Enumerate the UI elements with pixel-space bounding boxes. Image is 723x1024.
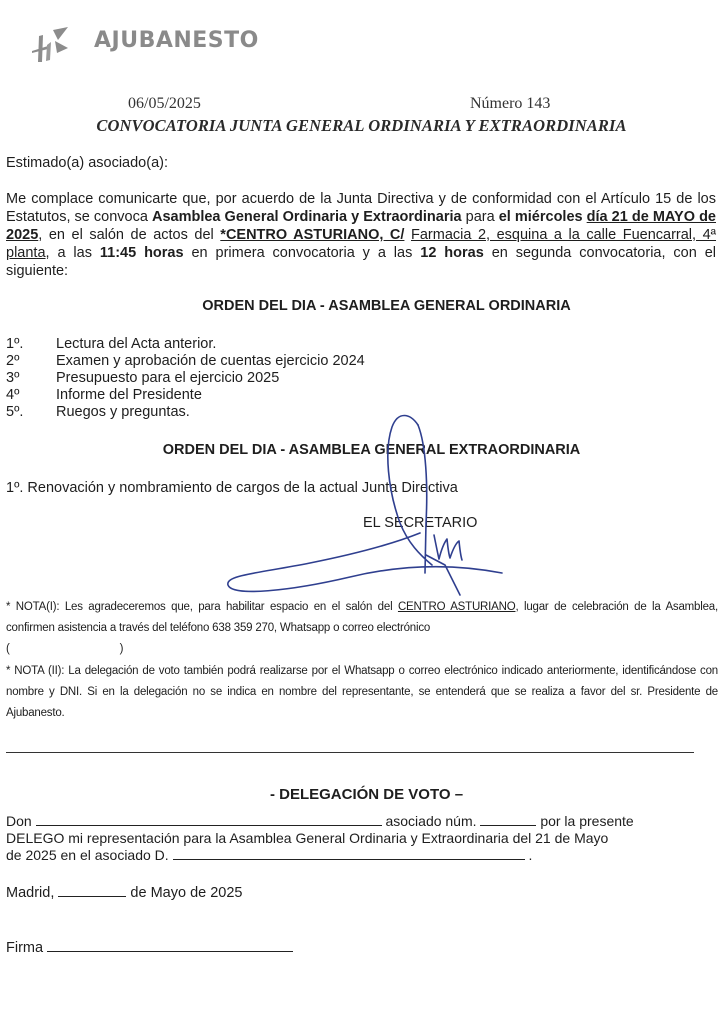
venue-name: *CENTRO ASTURIANO, C/ <box>220 227 404 243</box>
signature-line: Firma <box>6 940 293 956</box>
document-number: Número 143 <box>470 95 550 113</box>
agenda-item: 1º. Renovación y nombramiento de cargos … <box>6 480 458 496</box>
signature-field[interactable] <box>47 940 293 952</box>
delegation-title: - DELEGACIÓN DE VOTO – <box>0 786 723 803</box>
signer-title: EL SECRETARIO <box>363 515 477 531</box>
delegation-form: Don asociado núm. por la presente DELEGO… <box>6 813 696 864</box>
greeting: Estimado(a) asociado(a): <box>6 155 168 171</box>
document-date: 06/05/2025 <box>128 95 201 113</box>
document-title: CONVOCATORIA JUNTA GENERAL ORDINARIA Y E… <box>0 116 723 136</box>
first-call-time: 11:45 horas <box>100 245 184 261</box>
agenda-item: 2ºExamen y aprobación de cuentas ejercic… <box>6 353 365 370</box>
agenda-item: 3ºPresupuesto para el ejercicio 2025 <box>6 370 365 387</box>
place-date-line: Madrid, de Mayo de 2025 <box>6 885 242 901</box>
ajubanesto-logo-icon <box>28 24 74 64</box>
agenda-item: 4ºInforme del Presidente <box>6 387 365 404</box>
note-1: * NOTA(I): Les agradeceremos que, para h… <box>6 597 718 660</box>
brand-name: AJUBANESTO <box>94 28 259 53</box>
note-2: * NOTA (II): La delegación de voto tambi… <box>6 661 718 724</box>
second-call-time: 12 horas <box>420 245 484 261</box>
section-divider <box>6 752 694 753</box>
agenda-item: 5º.Ruegos y preguntas. <box>6 404 365 421</box>
intro-paragraph: Me complace comunicarte que, por acuerdo… <box>6 190 716 280</box>
agenda-item: 1º.Lectura del Acta anterior. <box>6 336 365 353</box>
delegator-name-field[interactable] <box>36 814 382 826</box>
member-number-field[interactable] <box>480 814 536 826</box>
delegate-name-field[interactable] <box>173 848 525 860</box>
ordinaria-heading: ORDEN DEL DIA - ASAMBLEA GENERAL ORDINAR… <box>0 298 723 314</box>
ordinaria-agenda: 1º.Lectura del Acta anterior. 2ºExamen y… <box>6 336 365 421</box>
day-field[interactable] <box>58 885 126 897</box>
extraordinaria-heading: ORDEN DEL DIA - ASAMBLEA GENERAL EXTRAOR… <box>0 442 723 458</box>
handwritten-signature <box>220 405 520 600</box>
